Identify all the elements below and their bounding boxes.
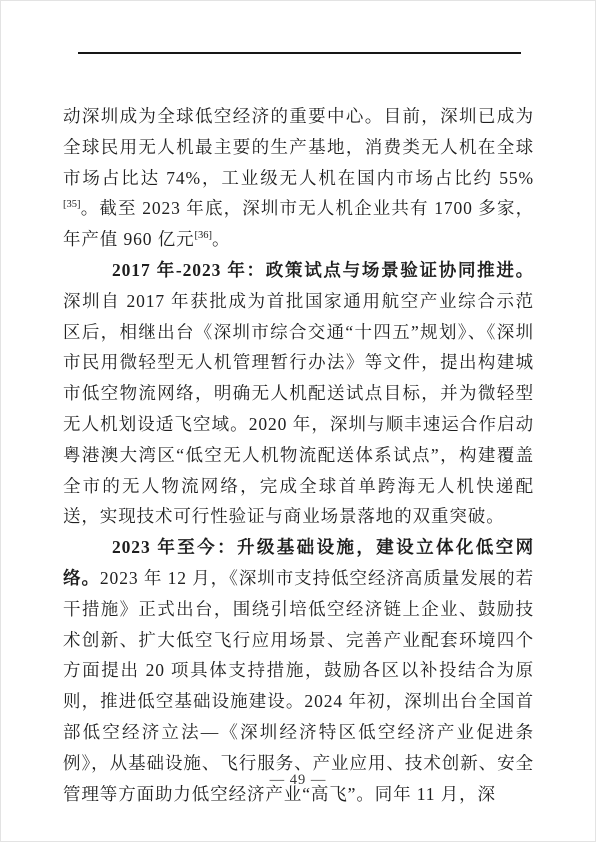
text-run: 深圳自 2017 年获批成为首批国家通用航空产业综合示范区后，相继出台《深圳市综…: [63, 291, 534, 527]
text-run: 。截至 2023 年底，深圳市无人机企业共有 1700 多家，年产值 960 亿…: [63, 198, 534, 249]
text-run: 2017 年-2023 年：政策试点与场景验证协同推进。: [112, 260, 534, 280]
paragraph: 2017 年-2023 年：政策试点与场景验证协同推进。深圳自 2017 年获批…: [63, 255, 534, 532]
paragraph: 动深圳成为全球低空经济的重要中心。目前，深圳已成为全球民用无人机最主要的生产基地…: [63, 101, 534, 255]
page-number: — 49 —: [270, 772, 327, 788]
header-rule: [78, 52, 521, 54]
paragraph: 2023 年至今：升级基础设施，建设立体化低空网络。2023 年 12 月，《深…: [63, 532, 534, 809]
page-footer: — 49 —: [0, 772, 596, 789]
text-run: 动深圳成为全球低空经济的重要中心。目前，深圳已成为全球民用无人机最主要的生产基地…: [63, 106, 534, 188]
footnote-ref: [35]: [63, 200, 81, 211]
document-body: 动深圳成为全球低空经济的重要中心。目前，深圳已成为全球民用无人机最主要的生产基地…: [63, 101, 534, 809]
text-run: 2023 年 12 月，《深圳市支持低空经济高质量发展的若干措施》正式出台，围绕…: [63, 568, 534, 804]
text-run: 。: [212, 229, 230, 249]
document-page: 动深圳成为全球低空经济的重要中心。目前，深圳已成为全球民用无人机最主要的生产基地…: [0, 0, 596, 842]
footnote-ref: [36]: [195, 230, 213, 241]
